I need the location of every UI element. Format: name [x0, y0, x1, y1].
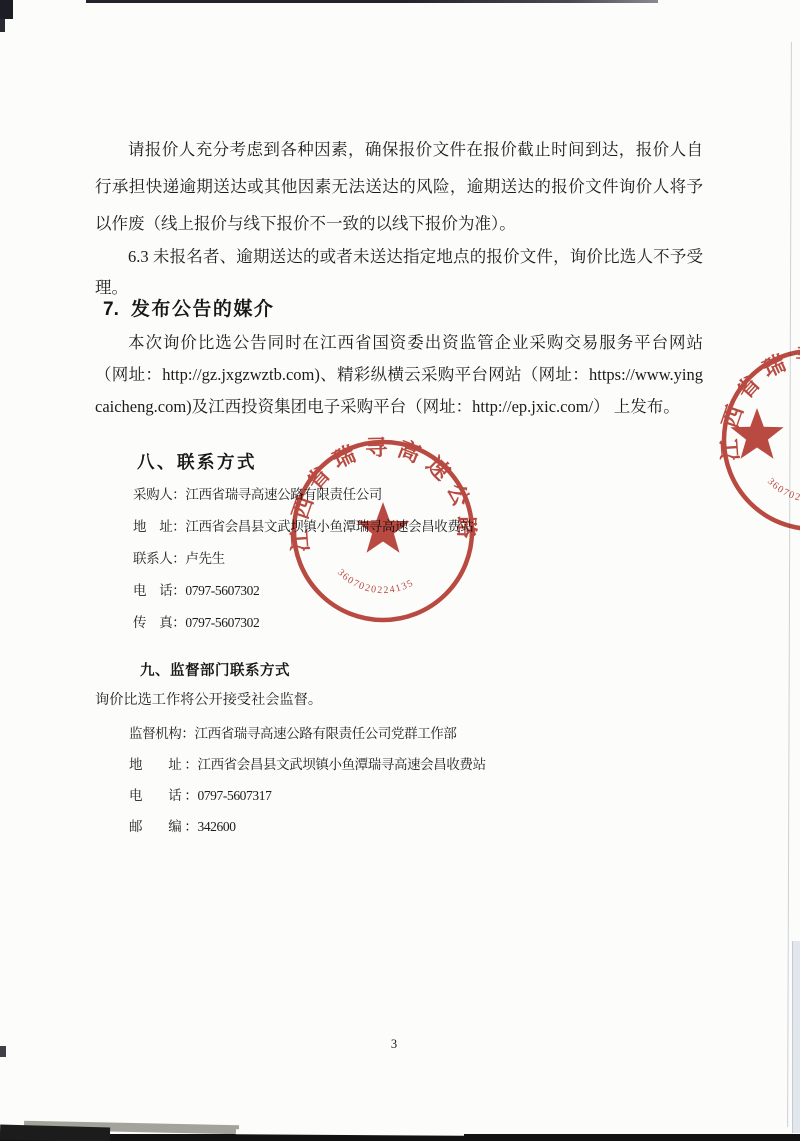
- scanned-document-page: 请报价人充分考虑到各种因素，确保报价文件在报价截止时间到达，报价人自行承担快递逾…: [0, 0, 800, 1141]
- supervision-row-postcode: 邮 编 ：342600: [129, 811, 486, 842]
- seal-serial-text: 3607020224135: [335, 567, 416, 596]
- supervision-row-phone: 电 话 ：0797-5607317: [129, 780, 486, 811]
- scan-corner-top-left-lower: [0, 19, 5, 32]
- section7-title: 发布公告的媒介: [131, 299, 275, 320]
- section7-number: 7.: [103, 299, 119, 320]
- section7-heading: 7.发布公告的媒介: [103, 294, 274, 321]
- section9-intro: 询价比选工作将公开接受社会监督。: [95, 689, 322, 709]
- section8-heading: 八、联系方式: [137, 449, 257, 474]
- scan-edge-bottom-left: [0, 1124, 110, 1141]
- seal-star-icon: [356, 502, 409, 553]
- paragraph-delivery-risk: 请报价人充分考虑到各种因素，确保报价文件在报价截止时间到达，报价人自行承担快递逾…: [95, 131, 703, 242]
- supervision-row-agency: 监督机构：江西省瑞寻高速公路有限责任公司党群工作部: [129, 718, 486, 749]
- section9-heading: 九、监督部门联系方式: [140, 659, 290, 680]
- supervision-contact-list: 监督机构：江西省瑞寻高速公路有限责任公司党群工作部 地 址 ：江西省会昌县文武坝…: [129, 718, 486, 842]
- scan-edge-top: [86, 0, 658, 3]
- supervision-row-address: 地 址 ：江西省会昌县文武坝镇小鱼潭瑞寻高速会昌收费站: [129, 749, 486, 780]
- company-seal-partial: 江西省瑞寻高速公路有限责任公司 3607020224135: [718, 345, 800, 535]
- seal-serial-text: 3607020224135: [765, 476, 800, 505]
- scan-edge-right-strip: [792, 941, 800, 1133]
- scan-corner-top-left: [0, 0, 13, 19]
- section7-body: 本次询价比选公告同时在江西省国资委出资监管企业采购交易服务平台网站（网址：htt…: [95, 327, 703, 423]
- page-number: 3: [0, 1037, 788, 1052]
- company-seal: 江西省瑞寻高速公路有限责任公司 3607020224135: [288, 436, 478, 626]
